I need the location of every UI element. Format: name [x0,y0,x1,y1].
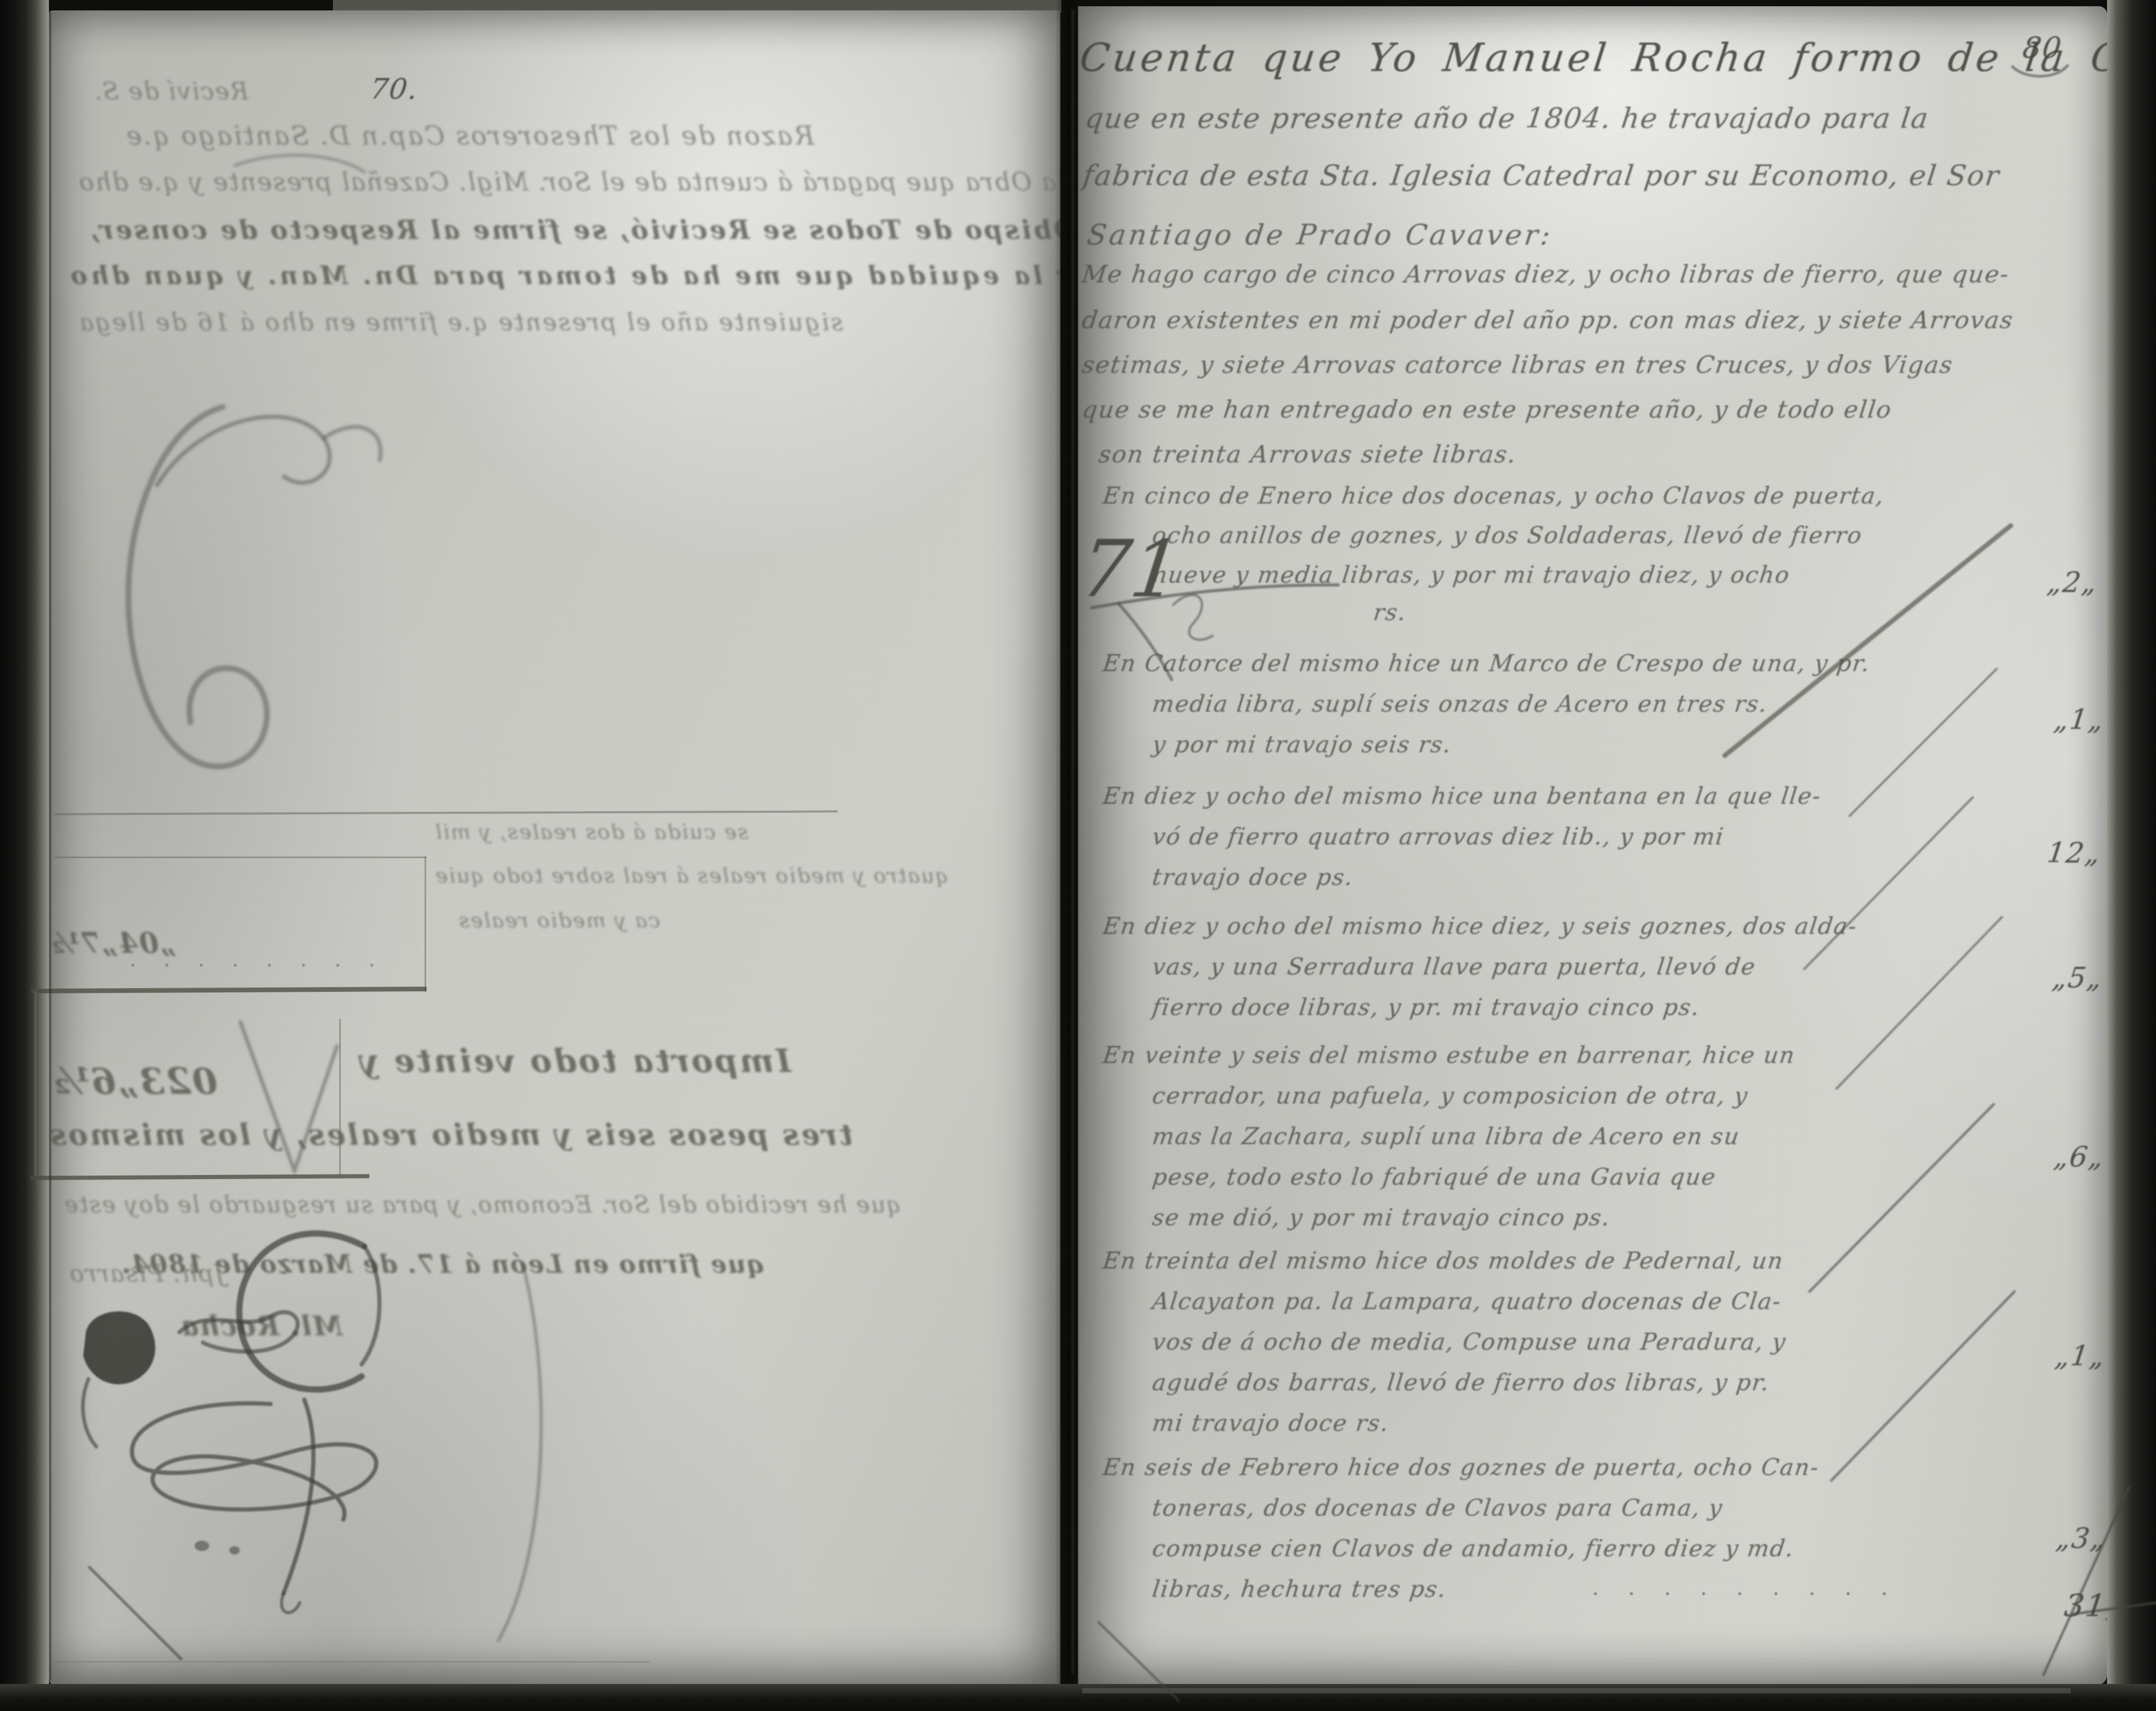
entry-line: toneras, dos docenas de Clavos para Cama… [1151,1495,1725,1522]
amount: „2„ [2045,566,2099,599]
bleedthrough-line: Razon de los Thesoreros Cap.n D. Santiag… [125,121,814,151]
entry-line: ocho anillos de goznes, y dos Soldaderas… [1151,522,1864,549]
table-rule [55,857,427,858]
entry-line: vas, y una Serradura llave para puerta, … [1151,954,1757,980]
left-page: 72. 70. Reciví de S. Razon de los Thesor… [49,10,1060,1685]
page-stack-edge-left [0,0,49,1711]
entry-line: En diez y ocho del mismo hice una bentan… [1101,783,1823,810]
total-box-rule [34,991,36,1177]
entry-line: En treinta del mismo hice dos moldes de … [1101,1248,1785,1274]
heading-line: Santiago de Prado Cavaver: [1085,219,1555,251]
entry-line: travajo doce ps. [1151,864,1355,891]
page-bottom-crease [52,1661,650,1663]
bleedthrough-table-line: se cuida á dos reales, y mil [434,820,748,844]
entry-line: nueve y media libras, y por mi travajo d… [1151,562,1792,589]
amount: „3„ [2054,1522,2107,1555]
dotted-leader: · · · · · · · · · [1592,1582,1899,1606]
total-amount: 31„ [2062,1588,2107,1625]
entry-line: En seis de Febrero hice dos goznes de pu… [1101,1454,1821,1481]
cargo-line: que se me han entregado en este presente… [1081,395,1894,424]
cargo-line: setimas, y siete Arrovas catorce libras … [1081,351,1955,379]
page-stack-edge-right [2107,0,2156,1711]
bleedthrough-table-line: ca y medio reales [458,909,660,933]
heading-line: Cuenta que Yo Manuel Rocha formo de la O… [1078,35,2107,80]
entry-line: pese, todo esto lo fabriqué de una Gavia… [1151,1164,1718,1191]
entry-number-left: 70. [368,73,420,106]
book-gutter [1055,0,1080,1711]
bleedthrough-line: la Obra que pagará á cuenta de el Sor. M… [78,168,1060,197]
bleedthrough-signature-small: Jph. Pisarro [69,1259,224,1287]
entry-line: cerrador, una pafuela, y composicion de … [1151,1083,1750,1109]
entry-line: compuse cien Clavos de andamio, fierro d… [1151,1536,1796,1562]
entry-line: se me dió, y por mi travajo cinco ps. [1151,1205,1612,1231]
entry-line: En diez y ocho del mismo hice diez, y se… [1101,913,1859,940]
entry-line: En cinco de Enero hice dos docenas, y oc… [1101,483,1886,509]
entry-line: rs. [1372,599,1408,626]
entry-line: vó de fierro quatro arrovas diez lib., y… [1151,824,1726,850]
bleedthrough-importa-line: que he recibido del Sor. Economo, y para… [63,1192,901,1218]
cargo-line: son treinta Arrovas siete libras. [1097,440,1519,468]
amount: „6„ [2052,1141,2106,1173]
bleedthrough-line: Obispo de Todos se Recivió, se firme al … [88,214,1060,245]
amount: „1„ [2053,1340,2107,1373]
left-page-edge-line [49,12,52,1681]
cargo-line: Me hago cargo de cinco Arrovas diez, y o… [1081,260,2011,288]
bleedthrough-total-amount: 023„6½ [51,1059,217,1103]
entry-line: libras, hechura tres ps. [1151,1576,1448,1603]
amount: 12„ [2045,837,2102,870]
entry-line: Alcayaton pa. la Lampara, quatro docenas… [1151,1288,1783,1315]
entry-line: En Catorce del mismo hice un Marco de Cr… [1101,650,1872,677]
entry-line: mas la Zachara, suplí una libra de Acero… [1151,1123,1741,1150]
heading-line: que en este presente año de 1804. he tra… [1083,102,1931,135]
bleedthrough-line: por la equidad que me ha de tomar para D… [68,261,1060,290]
bleedthrough-importa-line: Importa todo veinte y [358,1042,791,1080]
heading-line: fabrica de esta Sta. Iglesia Catedral po… [1081,159,2001,192]
entry-line: En veinte y seis del mismo estube en bar… [1101,1042,1797,1069]
cargo-line: daron existentes en mi poder del año pp.… [1081,306,2016,334]
bleedthrough-table-amount: „04„7½ [49,926,176,960]
entry-line: media libra, suplí seis onzas de Acero e… [1151,691,1769,718]
table-rule-vertical [425,857,426,992]
bleedthrough-signature-large: Ml. Rocha [180,1310,343,1342]
total-box-rule [339,1019,341,1175]
entry-line: mi travajo doce rs. [1151,1410,1391,1437]
entry-line: agudé dos barras, llevó de fierro dos li… [1151,1370,1772,1396]
right-page: 80 Cuenta que Yo Manuel Rocha formo de l… [1078,6,2107,1685]
entry-line: fierro doce libras, y pr. mi travajo cin… [1151,994,1702,1021]
page-stack-edge-bottom [1082,1688,2071,1693]
entry-line: vos de á ocho de media, Compuse una Pera… [1151,1329,1788,1356]
bleedthrough-importa-line: tres pesos seis y medio reales, y los mi… [49,1118,853,1152]
amount: „5„ [2050,962,2104,994]
manuscript-scan: 72. 70. Reciví de S. Razon de los Thesor… [0,0,2156,1711]
entry-line: y por mi travajo seis rs. [1151,732,1454,758]
bleedthrough-table-line: quatro y medio reales á real sobre todo … [434,864,949,888]
dotted-leader: · · · · · · · · [130,955,386,976]
amount: „1„ [2052,704,2106,736]
bleedthrough-line: siguiente año el presente q.e firme en d… [78,308,843,336]
bleedthrough-line: Reciví de S. [94,77,248,105]
